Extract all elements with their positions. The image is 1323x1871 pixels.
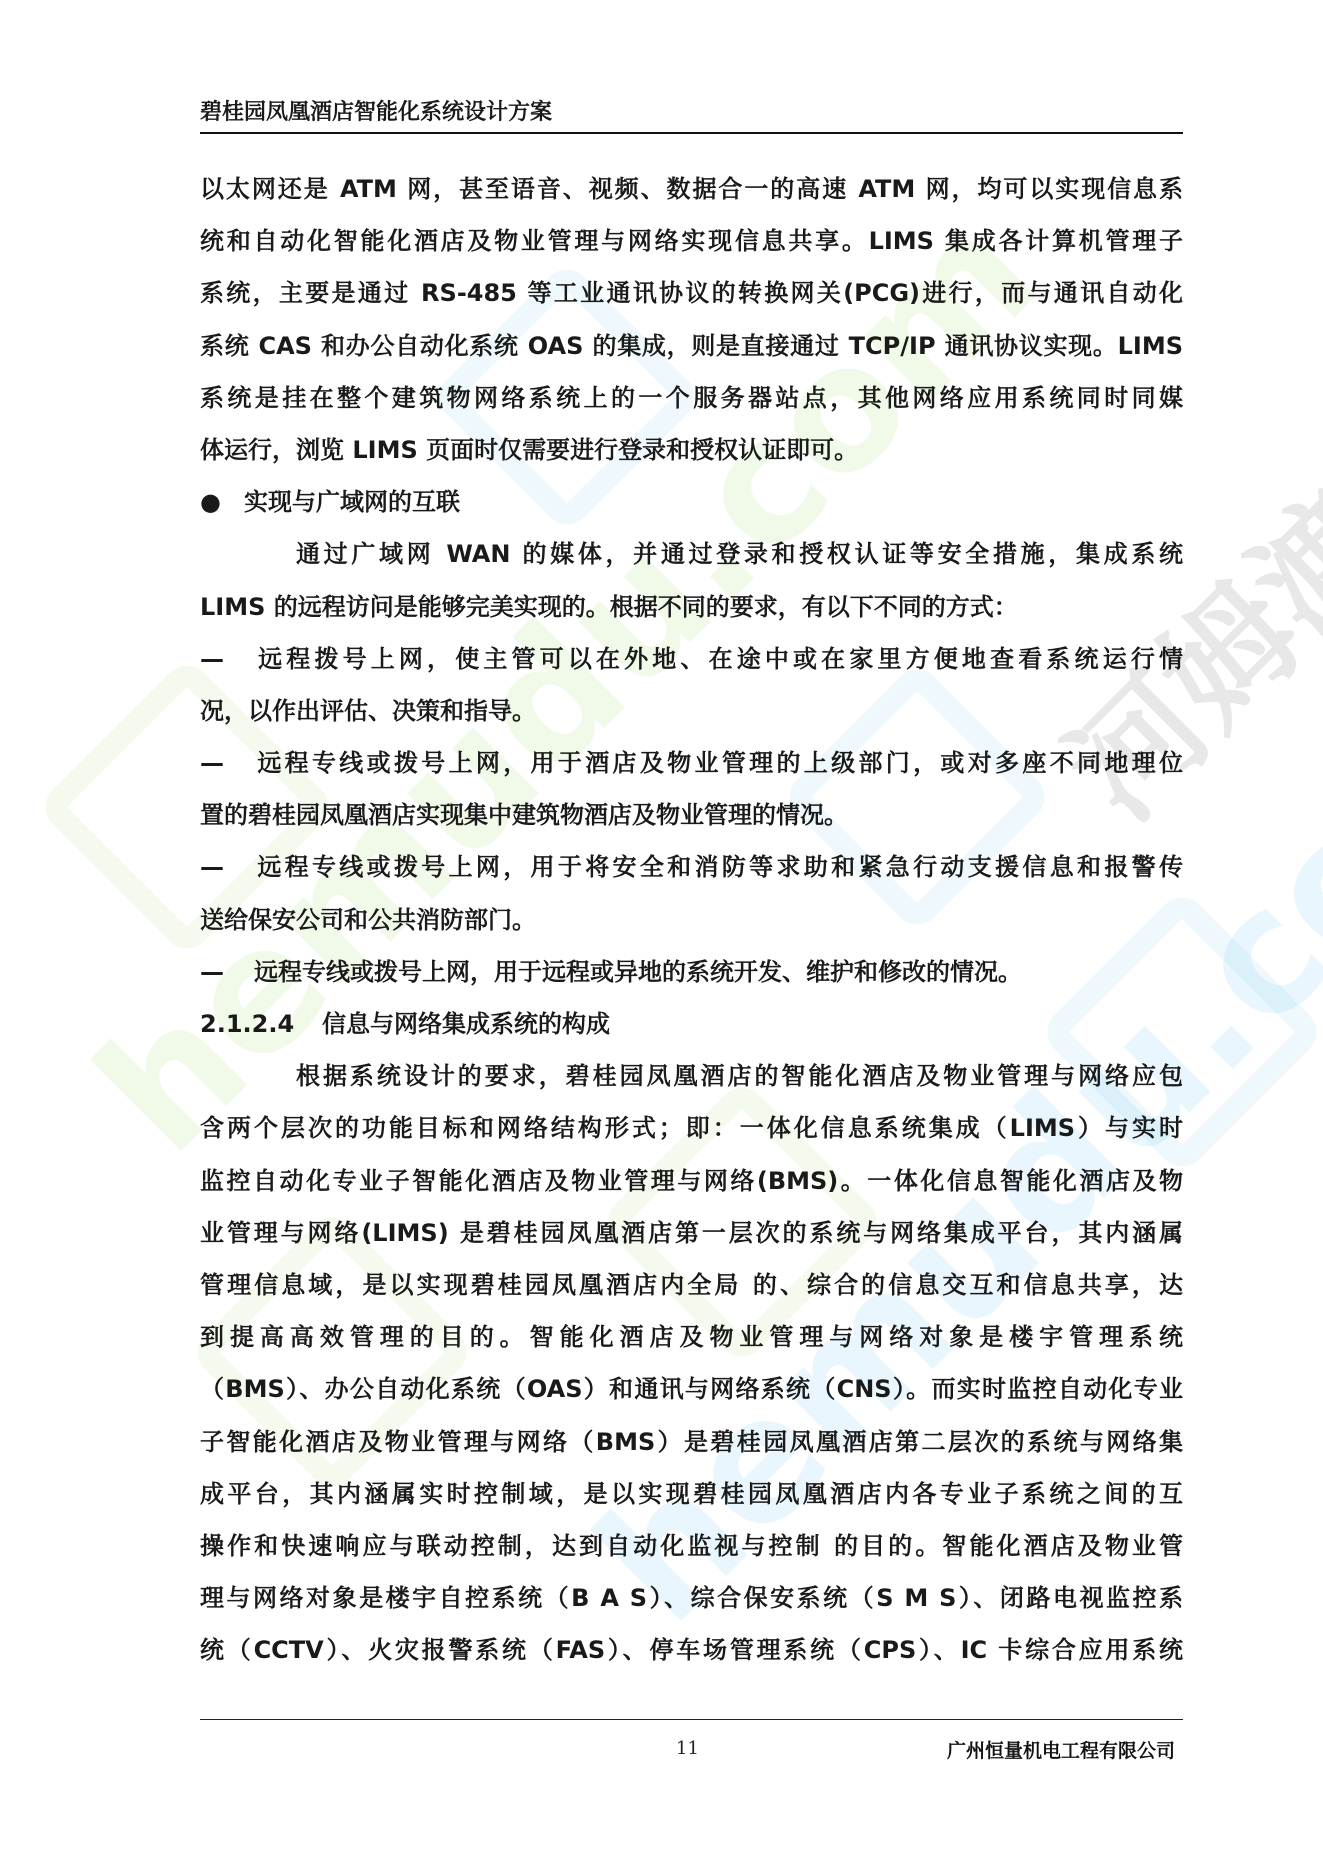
paragraph-lims-integration: 以太网还是 ATM 网，甚至语音、视频、数据合一的高速 ATM 网，均可以实现信… [200,163,1183,476]
page-header: 碧桂园凤凰酒店智能化系统设计方案 [200,98,1183,134]
text-line: 根据系统设计的要求，碧桂园凤凰酒店的智能化酒店及物业管理与网络应包 [200,1050,1183,1102]
company-name: 广州恒量机电工程有限公司 [947,1736,1175,1763]
text-line: —远程专线或拨号上网，用于酒店及物业管理的上级部门，或对多座不同地理位 [200,737,1183,789]
text-line: 业管理与网络(LIMS) 是碧桂园凤凰酒店第一层次的系统与网络集成平台，其内涵属 [200,1207,1183,1259]
page-number: 11 [676,1738,699,1759]
text-line: 统（CCTV）、火灾报警系统（FAS）、停车场管理系统（CPS）、IC 卡综合应… [200,1624,1183,1676]
paragraph-system-structure: 根据系统设计的要求，碧桂园凤凰酒店的智能化酒店及物业管理与网络应包 含两个层次的… [200,1050,1183,1676]
text-line: 到提高高效管理的目的。智能化酒店及物业管理与网络对象是楼宇管理系统 [200,1311,1183,1363]
dash-marker: — [200,841,254,893]
dash-list-item: —远程专线或拨号上网，用于远程或异地的系统开发、维护和修改的情况。 [200,946,1183,998]
text-line: 置的碧桂园凤凰酒店实现集中建筑物酒店及物业管理的情况。 [200,789,1183,841]
section-number: 2.1.2.4 [200,998,322,1050]
bullet-icon: ● [200,476,244,528]
dash-list-item: —远程专线或拨号上网，用于将安全和消防等求助和紧急行动支援信息和报警传 送给保安… [200,841,1183,945]
text-line: 通过广域网 WAN 的媒体，并通过登录和授权认证等安全措施，集成系统 [200,528,1183,580]
text-line: 统和自动化智能化酒店及物业管理与网络实现信息共享。LIMS 集成各计算机管理子 [200,215,1183,267]
dash-marker: — [200,633,254,685]
text-line: 系统是挂在整个建筑物网络系统上的一个服务器站点，其他网络应用系统同时同媒 [200,372,1183,424]
text-line: 况，以作出评估、决策和指导。 [200,685,1183,737]
section-title: 信息与网络集成系统的构成 [322,1010,610,1038]
bullet-heading-text: 实现与广域网的互联 [244,488,460,516]
text-line: 操作和快速响应与联动控制，达到自动化监视与控制 的目的。智能化酒店及物业管 [200,1520,1183,1572]
dash-marker: — [200,737,254,789]
page-body: 以太网还是 ATM 网，甚至语音、视频、数据合一的高速 ATM 网，均可以实现信… [200,163,1183,1676]
text-line: 管理信息域，是以实现碧桂园凤凰酒店内全局 的、综合的信息交互和信息共享，达 [200,1259,1183,1311]
text-line: 体运行，浏览 LIMS 页面时仅需要进行登录和授权认证即可。 [200,424,1183,476]
text-line: 系统，主要是通过 RS-485 等工业通讯协议的转换网关(PCG)进行，而与通讯… [200,267,1183,319]
text-line: 系统 CAS 和办公自动化系统 OAS 的集成，则是直接通过 TCP/IP 通讯… [200,320,1183,372]
text-line: 监控自动化专业子智能化酒店及物业管理与网络(BMS)。一体化信息智能化酒店及物 [200,1155,1183,1207]
text-line: 子智能化酒店及物业管理与网络（BMS）是碧桂园凤凰酒店第二层次的系统与网络集 [200,1416,1183,1468]
text-line: 理与网络对象是楼宇自控系统（B A S）、综合保安系统（S M S）、闭路电视监… [200,1572,1183,1624]
dash-list: —远程拨号上网，使主管可以在外地、在途中或在家里方便地查看系统运行情 况，以作出… [200,633,1183,998]
bullet-heading: ●实现与广域网的互联 [200,476,1183,528]
dash-list-item: —远程拨号上网，使主管可以在外地、在途中或在家里方便地查看系统运行情 况，以作出… [200,633,1183,737]
text-line: —远程专线或拨号上网，用于将安全和消防等求助和紧急行动支援信息和报警传 [200,841,1183,893]
dash-marker: — [200,946,254,998]
text-line: （BMS）、办公自动化系统（OAS）和通讯与网络系统（CNS）。而实时监控自动化… [200,1363,1183,1415]
footer-divider [200,1719,1183,1720]
text-line: 成平台，其内涵属实时控制域，是以实现碧桂园凤凰酒店内各专业子系统之间的互 [200,1468,1183,1520]
paragraph-wan-access: 通过广域网 WAN 的媒体，并通过登录和授权认证等安全措施，集成系统 LIMS … [200,528,1183,632]
dash-list-item: —远程专线或拨号上网，用于酒店及物业管理的上级部门，或对多座不同地理位 置的碧桂… [200,737,1183,841]
text-line: —远程拨号上网，使主管可以在外地、在途中或在家里方便地查看系统运行情 [200,633,1183,685]
text-line: 送给保安公司和公共消防部门。 [200,894,1183,946]
section-heading: 2.1.2.4信息与网络集成系统的构成 [200,998,1183,1050]
text-line: —远程专线或拨号上网，用于远程或异地的系统开发、维护和修改的情况。 [200,946,1183,998]
document-title: 碧桂园凤凰酒店智能化系统设计方案 [200,98,1183,128]
text-line: LIMS 的远程访问是能够完美实现的。根据不同的要求，有以下不同的方式： [200,581,1183,633]
text-line: 以太网还是 ATM 网，甚至语音、视频、数据合一的高速 ATM 网，均可以实现信… [200,163,1183,215]
text-line: 含两个层次的功能目标和网络结构形式；即：一体化信息系统集成（LIMS）与实时 [200,1102,1183,1154]
